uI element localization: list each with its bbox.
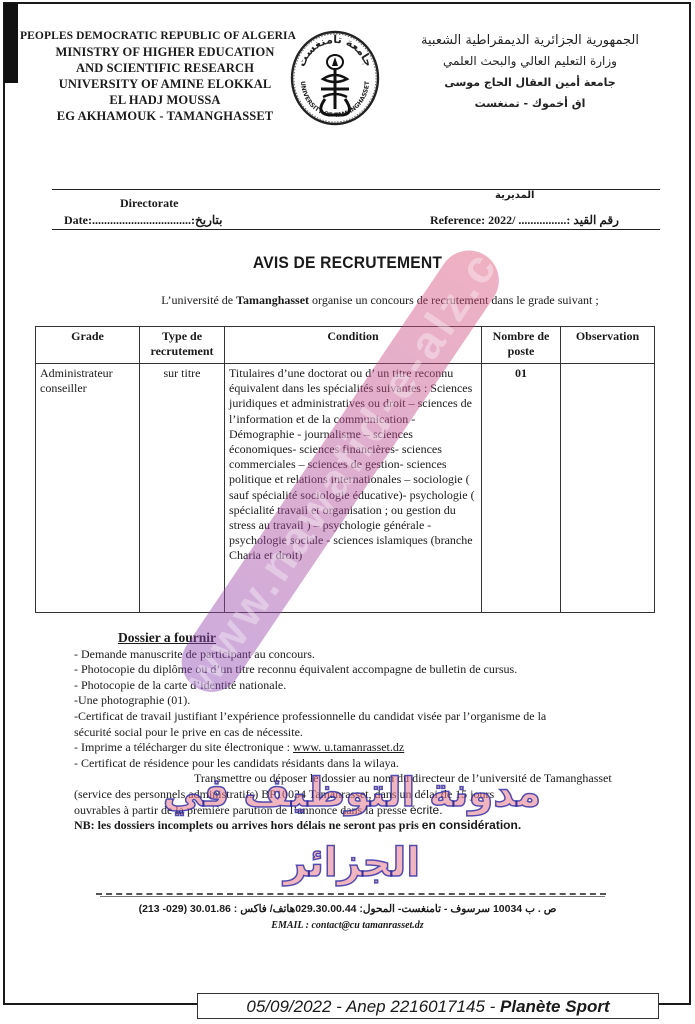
- date-field: Date:.................................:ب…: [64, 213, 222, 228]
- dossier-item: - Demande manuscrite de participant au c…: [74, 647, 654, 663]
- transmit-line: Transmettre ou déposer le dossier au nom…: [74, 771, 654, 787]
- header-left-line: UNIVERSITY OF AMINE ELOKKAL: [20, 76, 310, 92]
- column-header-grade: Grade: [36, 327, 140, 364]
- dossier-item: - Certificat de résidence pour les candi…: [74, 756, 654, 772]
- dossier-item: -Une photographie (01).: [74, 693, 654, 709]
- separator: -: [485, 997, 500, 1016]
- header-left-line: PEOPLES DEMOCRATIC REPUBLIC OF ALGERIA: [20, 28, 310, 44]
- publication-ref: Anep 2216017145: [346, 997, 485, 1016]
- publication-newspaper: Planète Sport: [500, 997, 610, 1016]
- header-right-line: الجمهورية الجزائرية الديمقراطية الشعبية: [395, 30, 665, 51]
- contact-info: ص . ب 10034 سرسوف - تامنغست- المحول: 029…: [0, 903, 695, 915]
- website-link[interactable]: www. u.tamanrasset.dz: [293, 740, 404, 754]
- header-right-arabic: الجمهورية الجزائرية الديمقراطية الشعبية …: [395, 30, 665, 114]
- dossier-section: Dossier a fournir - Demande manuscrite d…: [74, 630, 654, 834]
- dossier-item: -Certificat de travail justifiant l’expé…: [74, 709, 654, 725]
- divider-top: [52, 189, 660, 190]
- table-row: Administrateur conseiller sur titre Titu…: [36, 364, 655, 613]
- intro-text: L’université de Tamanghasset organise un…: [0, 293, 695, 308]
- nb-text: NB: les dossiers incomplets ou arrives h…: [74, 818, 422, 832]
- directorate-label: Directorate: [120, 196, 178, 211]
- cell-grade: Administrateur conseiller: [36, 364, 140, 613]
- transmit-line: (service des personnels administratifs) …: [74, 787, 654, 803]
- cell-observation: [561, 364, 655, 613]
- divider-bottom: [52, 229, 660, 230]
- intro-after: organise un concours de recrutement dans…: [309, 293, 599, 307]
- header-left-line: AND SCIENTIFIC RESEARCH: [20, 60, 310, 76]
- university-seal-icon: جامعة تامنغست UNIVERSITY OF TAMANGHASSET: [289, 29, 381, 127]
- transmit-text: ouvrables à partir de la première paruti…: [74, 803, 410, 817]
- intro-university: Tamanghasset: [236, 293, 309, 307]
- page-title: AVIS DE RECRUTEMENT: [28, 253, 667, 273]
- cell-type: sur titre: [140, 364, 225, 613]
- transmit-line: ouvrables à partir de la première paruti…: [74, 803, 654, 819]
- column-header-type: Type de recrutement: [140, 327, 225, 364]
- cell-nombre: 01: [482, 364, 561, 613]
- column-header-observation: Observation: [561, 327, 655, 364]
- column-header-condition: Condition: [225, 327, 482, 364]
- publication-banner: 05/09/2022 - Anep 2216017145 - Planète S…: [197, 993, 659, 1019]
- header-left-line: MINISTRY OF HIGHER EDUCATION: [20, 44, 310, 60]
- reference-field: Reference: 2022/ ................: رقم ا…: [430, 213, 619, 228]
- directorate-label-arabic: المديرية: [495, 190, 534, 201]
- cell-condition: Titulaires d’une doctorat ou d’ un titre…: [225, 364, 482, 613]
- intro-before: L’université de: [161, 293, 236, 307]
- download-prefix: - Imprime a télécharger du site électron…: [74, 740, 293, 754]
- publication-date: 05/09/2022: [246, 997, 331, 1016]
- header-left-line: EG AKHAMOUK - TAMANGHASSET: [20, 108, 310, 124]
- dossier-item: - Photocopie du diplôme ou d’un titre re…: [74, 662, 654, 678]
- header-left-line: EL HADJ MOUSSA: [20, 92, 310, 108]
- header-right-line: اق أخموك - تمنغست: [395, 93, 665, 114]
- header-left-french: PEOPLES DEMOCRATIC REPUBLIC OF ALGERIA M…: [20, 28, 310, 124]
- column-header-nombre: Nombre de poste: [482, 327, 561, 364]
- transmit-text-end: écrite.: [410, 803, 443, 817]
- footer-divider: [96, 893, 606, 895]
- separator: -: [331, 997, 345, 1016]
- dossier-item: sécurité social pour le prive en cas de …: [74, 725, 654, 741]
- dossier-item-download: - Imprime a télécharger du site électron…: [74, 740, 654, 756]
- header-right-line: وزارة التعليم العالي والبحث العلمي: [395, 51, 665, 72]
- email-info: EMAIL : contact@cu tamanrasset.dz: [0, 920, 695, 931]
- table-header-row: Grade Type de recrutement Condition Nomb…: [36, 327, 655, 364]
- footer-divider-thin: [100, 896, 605, 897]
- nb-text-end: en considération.: [422, 818, 521, 832]
- recruitment-table: Grade Type de recrutement Condition Nomb…: [35, 326, 655, 613]
- header-black-bar: [4, 3, 18, 83]
- dossier-item: - Photocopie de la carte d’identité nati…: [74, 678, 654, 694]
- nb-note: NB: les dossiers incomplets ou arrives h…: [74, 818, 654, 834]
- header-right-line: جامعة أمين العقال الحاج موسى: [395, 72, 665, 93]
- dossier-title: Dossier a fournir: [118, 630, 654, 646]
